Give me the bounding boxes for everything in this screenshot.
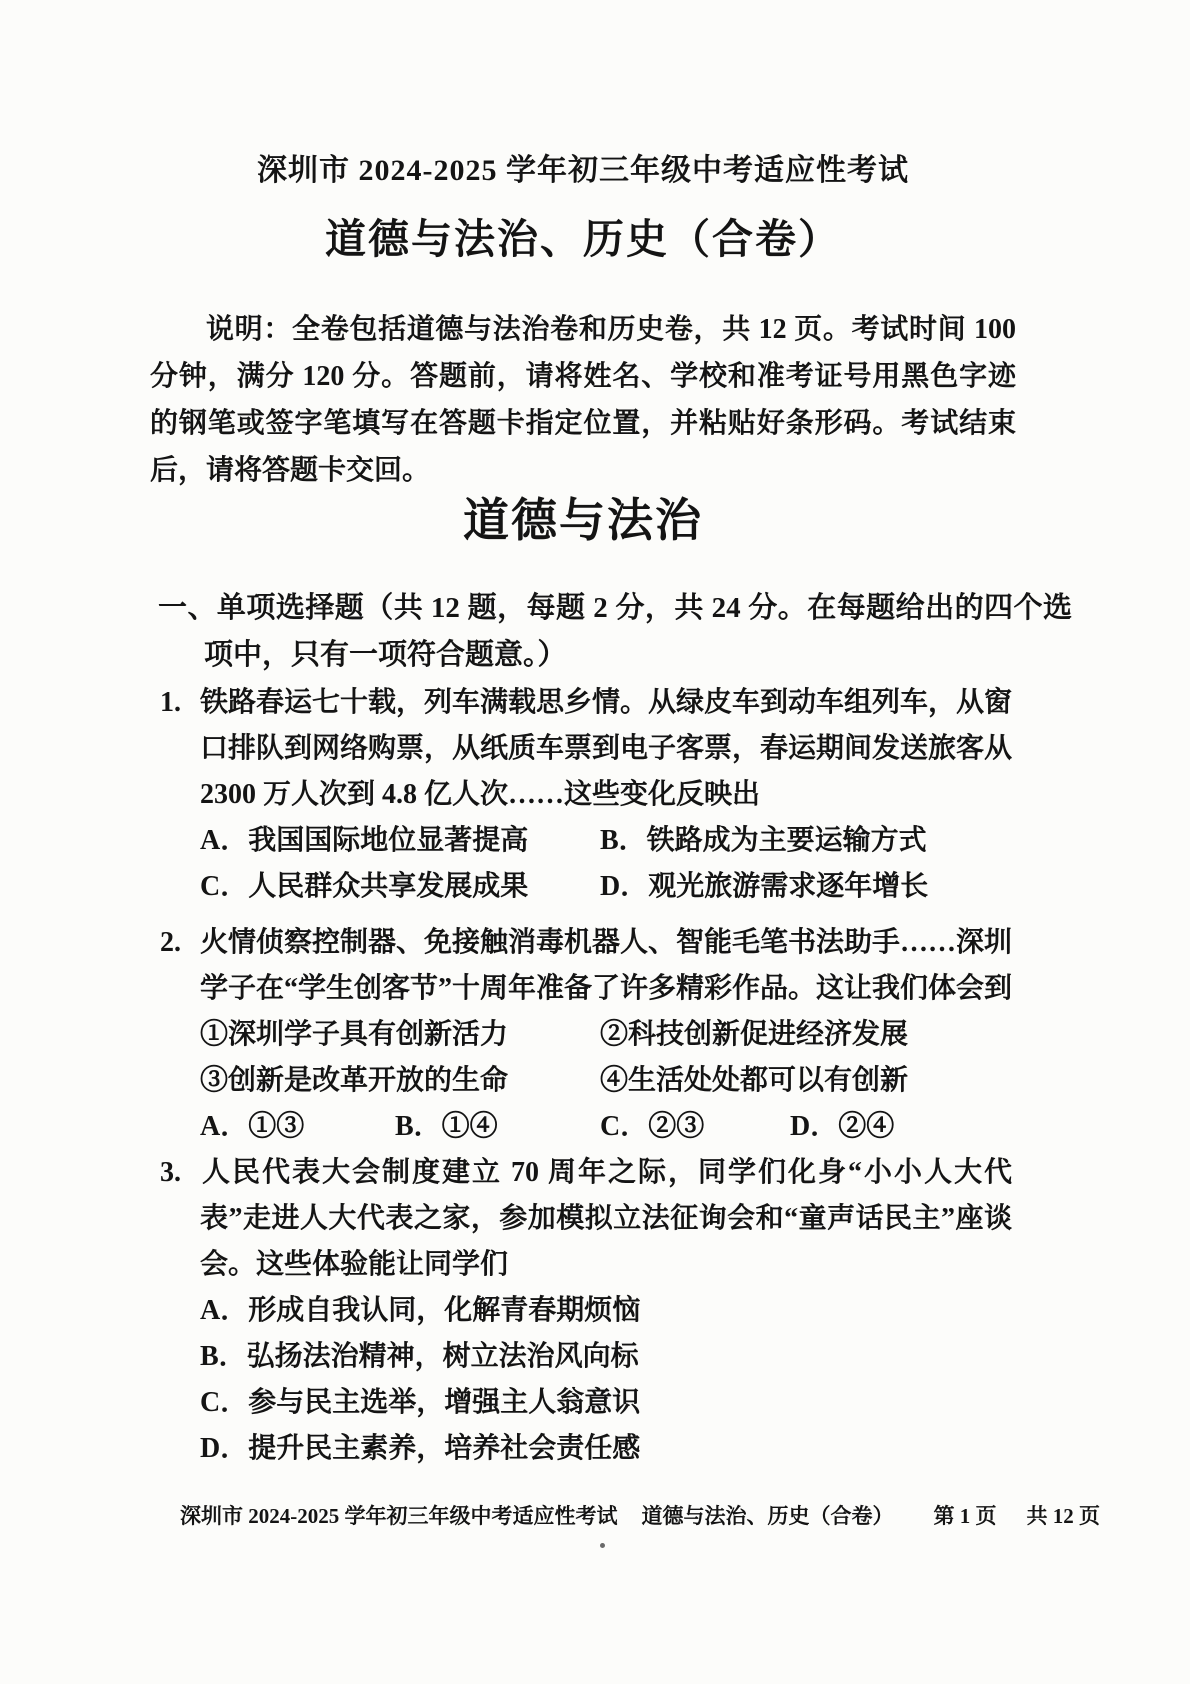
question-3-option-a: A．形成自我认同，化解青春期烦恼: [200, 1288, 1012, 1334]
footer-exam-name: 深圳市 2024-2025 学年初三年级中考适应性考试: [180, 1504, 618, 1528]
question-2-statement-3: ③创新是改革开放的生命: [200, 1058, 600, 1104]
footer-subject: 道德与法治、历史（合卷）: [642, 1504, 894, 1528]
notice-label: 说明：: [206, 314, 292, 345]
question-2-text: 火情侦察控制器、免接触消毒机器人、智能毛笔书法助手……深圳学子在“学生创客节”十…: [200, 927, 1012, 1004]
question-3: 3.人民代表大会制度建立 70 周年之际，同学们化身“小小人大代表”走进人大代表…: [160, 1150, 1012, 1472]
question-1: 1.铁路春运七十载，列车满载思乡情。从绿皮车到动车组列车，从窗口排队到网络购票，…: [160, 680, 1012, 910]
section-instruction: 一、单项选择题（共 12 题，每题 2 分，共 24 分。在每题给出的四个选项中…: [158, 585, 1072, 679]
question-1-option-a: A．我国国际地位显著提高: [200, 818, 600, 864]
question-3-text: 人民代表大会制度建立 70 周年之际，同学们化身“小小人大代表”走进人大代表之家…: [200, 1157, 1012, 1280]
footer-page-number: 第 1 页: [934, 1504, 997, 1528]
page-title: 道德与法治、历史（合卷）: [150, 206, 1016, 265]
question-1-number: 1.: [160, 680, 200, 726]
question-3-option-d: D．提升民主素养，培养社会责任感: [200, 1426, 1012, 1472]
exam-page: 深圳市 2024-2025 学年初三年级中考适应性考试 道德与法治、历史（合卷）…: [0, 0, 1190, 1684]
footer-total-pages: 共 12 页: [1027, 1504, 1101, 1528]
question-3-option-c: C．参与民主选举，增强主人翁意识: [200, 1380, 1012, 1426]
question-3-option-b: B．弘扬法治精神，树立法治风向标: [200, 1334, 1012, 1380]
question-3-number: 3.: [160, 1150, 200, 1196]
question-2-option-a: A．①③: [200, 1104, 395, 1150]
question-1-stem: 1.铁路春运七十载，列车满载思乡情。从绿皮车到动车组列车，从窗口排队到网络购票，…: [160, 680, 1012, 818]
question-2-option-d: D．②④: [790, 1104, 894, 1150]
exam-session-title: 深圳市 2024-2025 学年初三年级中考适应性考试: [150, 145, 1016, 189]
question-2-option-b: B．①④: [395, 1104, 600, 1150]
section-title: 道德与法治: [150, 484, 1016, 550]
question-2-statement-2: ②科技创新促进经济发展: [600, 1012, 1000, 1058]
question-3-stem: 3.人民代表大会制度建立 70 周年之际，同学们化身“小小人大代表”走进人大代表…: [160, 1150, 1012, 1288]
question-1-option-d: D．观光旅游需求逐年增长: [600, 864, 1000, 910]
question-2: 2.火情侦察控制器、免接触消毒机器人、智能毛笔书法助手……深圳学子在“学生创客节…: [160, 920, 1012, 1150]
question-2-statements-row-1: ①深圳学子具有创新活力②科技创新促进经济发展: [160, 1012, 1012, 1058]
question-1-options-row-1: A．我国国际地位显著提高B．铁路成为主要运输方式: [160, 818, 1012, 864]
question-1-option-b: B．铁路成为主要运输方式: [600, 818, 1000, 864]
scan-speck-dot: [600, 1543, 605, 1548]
exam-notice: 说明：全卷包括道德与法治卷和历史卷，共 12 页。考试时间 100 分钟，满分 …: [150, 306, 1016, 494]
question-3-options: A．形成自我认同，化解青春期烦恼 B．弘扬法治精神，树立法治风向标 C．参与民主…: [160, 1288, 1012, 1472]
question-2-option-c: C．②③: [600, 1104, 790, 1150]
question-2-statement-1: ①深圳学子具有创新活力: [200, 1012, 600, 1058]
question-1-options-row-2: C．人民群众共享发展成果D．观光旅游需求逐年增长: [160, 864, 1012, 910]
question-2-statements-row-2: ③创新是改革开放的生命④生活处处都可以有创新: [160, 1058, 1012, 1104]
question-2-statement-4: ④生活处处都可以有创新: [600, 1058, 1000, 1104]
question-2-stem: 2.火情侦察控制器、免接触消毒机器人、智能毛笔书法助手……深圳学子在“学生创客节…: [160, 920, 1012, 1012]
page-footer: 深圳市 2024-2025 学年初三年级中考适应性考试道德与法治、历史（合卷）第…: [180, 1500, 1040, 1530]
question-1-option-c: C．人民群众共享发展成果: [200, 864, 600, 910]
question-2-options-row: A．①③B．①④C．②③D．②④: [160, 1104, 1012, 1150]
question-1-text: 铁路春运七十载，列车满载思乡情。从绿皮车到动车组列车，从窗口排队到网络购票，从纸…: [200, 687, 1012, 810]
question-2-number: 2.: [160, 920, 200, 966]
